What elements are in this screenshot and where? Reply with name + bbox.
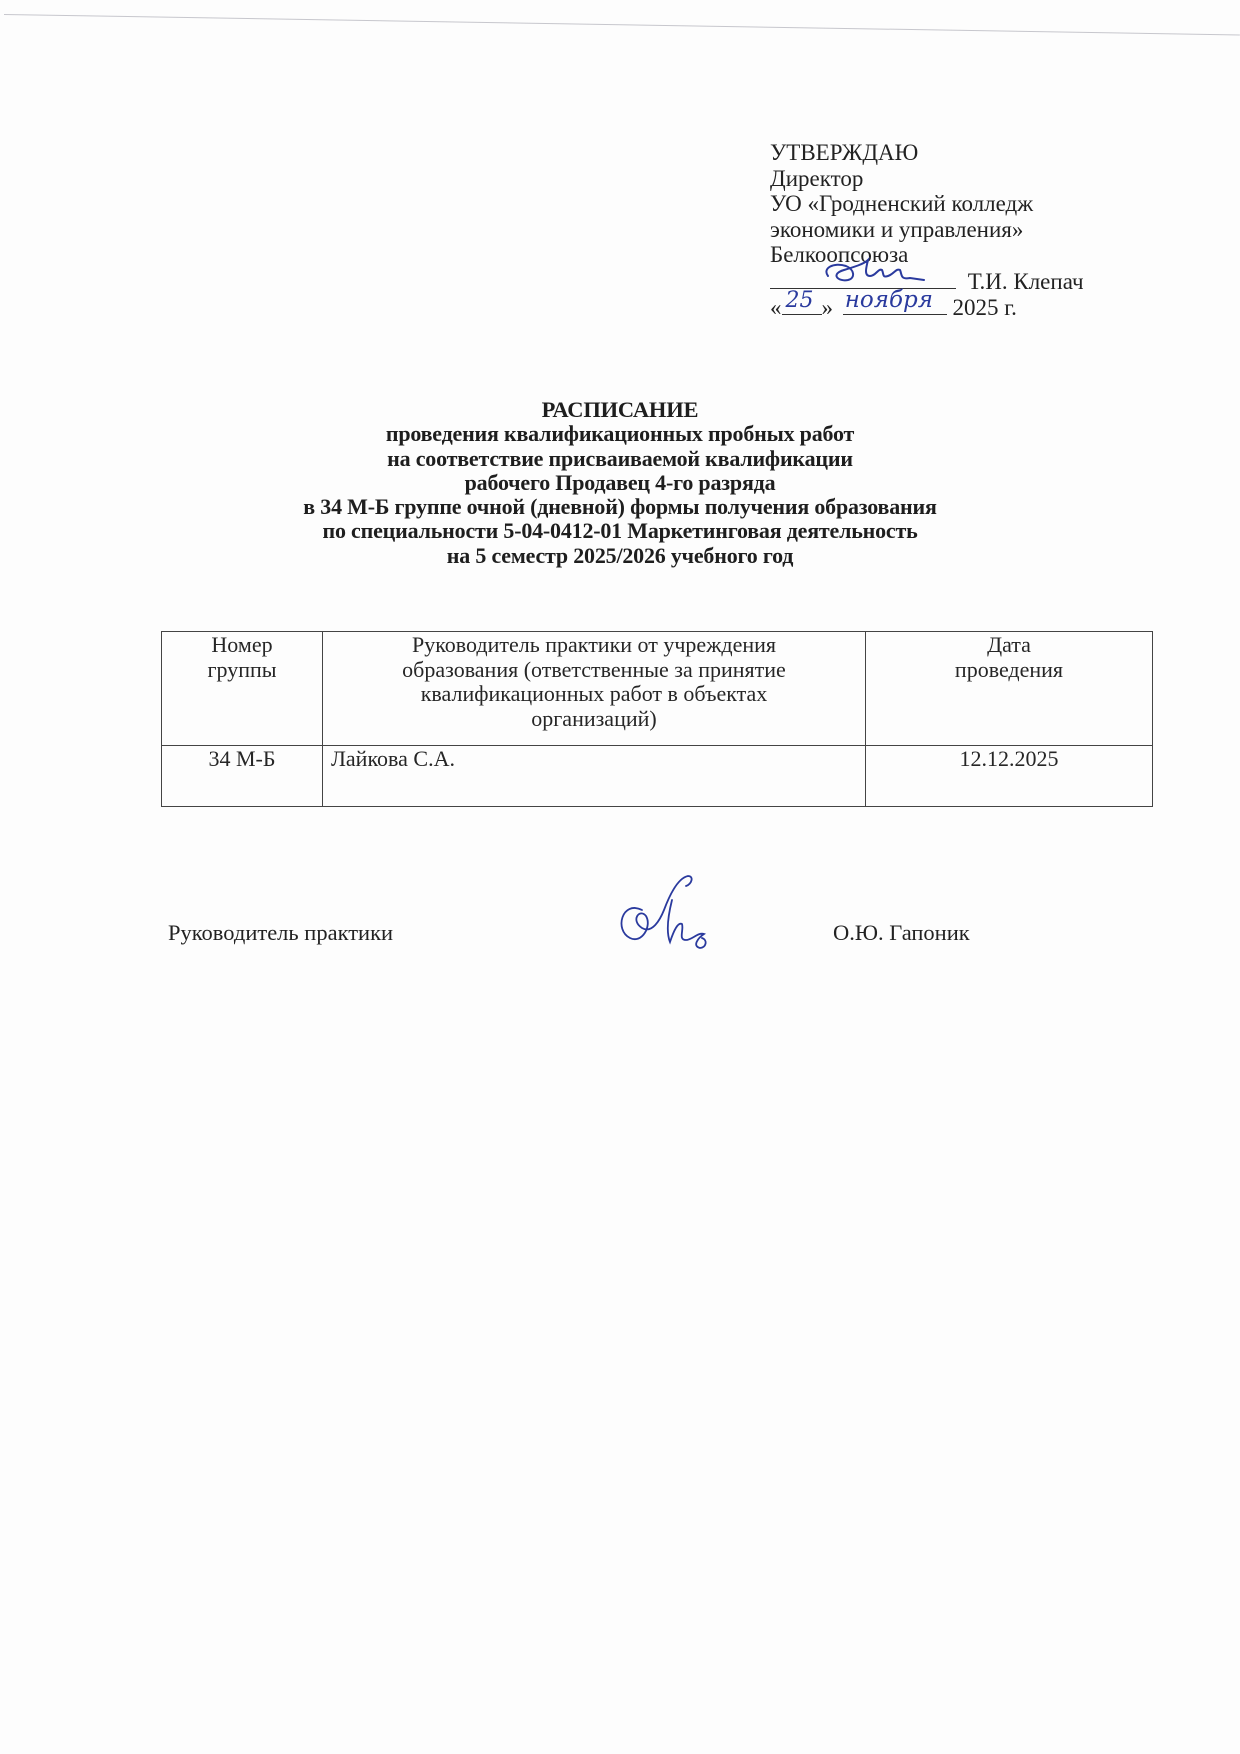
- header-supervisor: Руководитель практики от учреждения обра…: [323, 632, 866, 746]
- header-text: Номер: [166, 633, 318, 658]
- header-text: квалификационных работ в объектах: [327, 682, 861, 707]
- header-text: Дата: [870, 633, 1148, 658]
- title-line: на соответствие присваиваемой квалификац…: [0, 447, 1240, 471]
- approval-heading: УТВЕРЖДАЮ: [770, 140, 1084, 166]
- director-signature-field: [770, 268, 956, 289]
- header-text: группы: [166, 658, 318, 683]
- title-line: в 34 М-Б группе очной (дневной) формы по…: [0, 495, 1240, 519]
- table-header-row: Номер группы Руководитель практики от уч…: [162, 632, 1153, 746]
- date-year: 2025 г.: [953, 295, 1017, 320]
- schedule-table: Номер группы Руководитель практики от уч…: [161, 631, 1153, 807]
- date-close-quote: »: [822, 295, 834, 320]
- table-row: 34 М-Б Лайкова С.А. 12.12.2025: [162, 746, 1153, 807]
- header-text: Руководитель практики от учреждения: [327, 633, 861, 658]
- approval-org-line1: УО «Гродненский колледж: [770, 191, 1084, 217]
- header-text: проведения: [870, 658, 1148, 683]
- header-text: организаций): [327, 707, 861, 732]
- director-signature-icon: [820, 254, 930, 290]
- cell-supervisor: Лайкова С.А.: [323, 746, 866, 807]
- date-month-handwritten: ноября: [845, 288, 933, 314]
- approval-block: УТВЕРЖДАЮ Директор УО «Гродненский колле…: [770, 140, 1084, 321]
- document-title-block: РАСПИСАНИЕ проведения квалификационных п…: [0, 398, 1240, 568]
- header-text: образования (ответственные за принятие: [327, 658, 861, 683]
- header-group-number: Номер группы: [162, 632, 323, 746]
- date-day-handwritten: 25: [786, 288, 814, 314]
- title-line: рабочего Продавец 4-го разряда: [0, 471, 1240, 495]
- document-title: РАСПИСАНИЕ: [0, 398, 1240, 422]
- title-line: по специальности 5-04-0412-01 Маркетинго…: [0, 519, 1240, 543]
- header-date: Дата проведения: [866, 632, 1153, 746]
- supervisor-signature-icon: [612, 870, 722, 965]
- date-day-field: 25: [782, 294, 822, 315]
- date-open-quote: «: [770, 295, 782, 320]
- scan-edge-line: [4, 14, 1240, 35]
- cell-date: 12.12.2025: [866, 746, 1153, 807]
- approval-org-line2: экономики и управления»: [770, 217, 1084, 243]
- approval-date-line: «25» ноября 2025 г.: [770, 294, 1084, 321]
- title-line: на 5 семестр 2025/2026 учебного год: [0, 544, 1240, 568]
- cell-group: 34 М-Б: [162, 746, 323, 807]
- title-line: проведения квалификационных пробных рабо…: [0, 422, 1240, 446]
- footer-role: Руководитель практики: [168, 920, 393, 946]
- director-name: Т.И. Клепач: [968, 269, 1084, 294]
- document-page: УТВЕРЖДАЮ Директор УО «Гродненский колле…: [0, 0, 1240, 1754]
- footer-name: О.Ю. Гапоник: [833, 920, 970, 946]
- date-month-field: ноября: [843, 294, 947, 315]
- approval-position: Директор: [770, 166, 1084, 192]
